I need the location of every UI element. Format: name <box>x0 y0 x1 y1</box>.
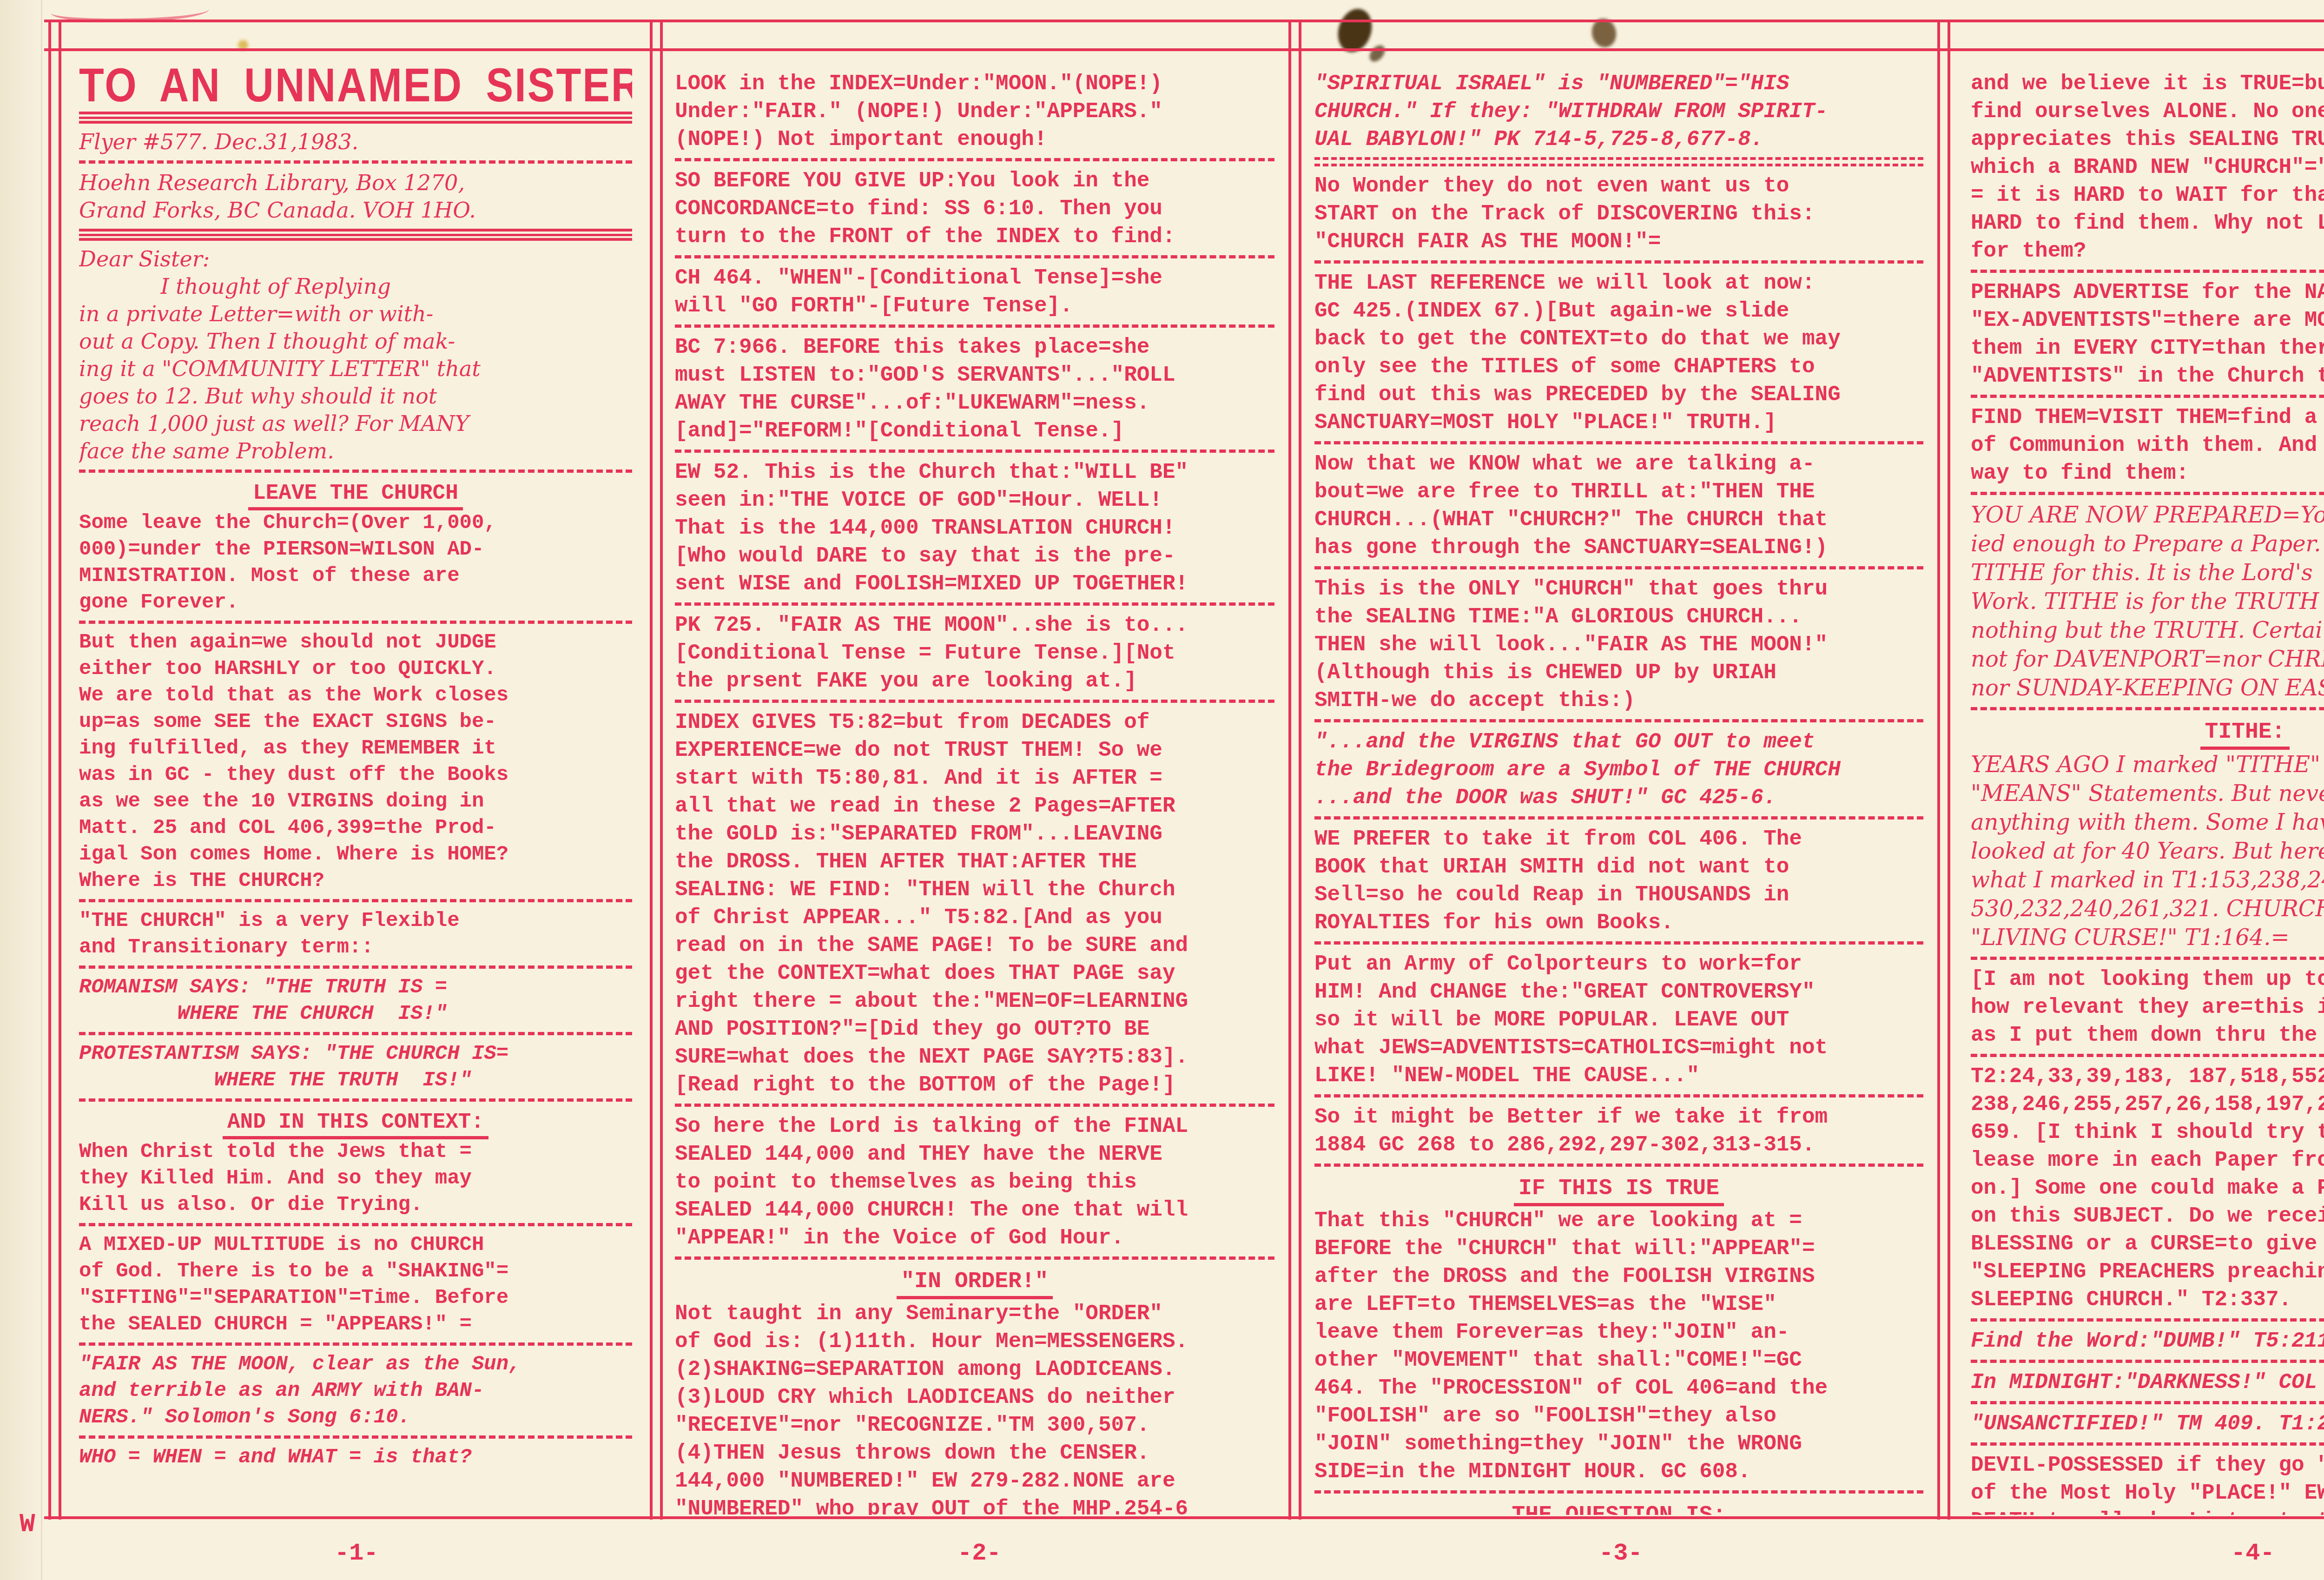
dashed-separator <box>1971 1442 2324 1446</box>
dashed-separator <box>1314 1094 1923 1097</box>
page-number: -1- <box>335 1540 378 1567</box>
dashed-separator <box>79 621 632 624</box>
dashed-separator <box>1971 270 2324 273</box>
typed-paragraph: WE PREFER to take it from COL 406. The B… <box>1314 825 1923 937</box>
dashed-separator <box>1971 957 2324 960</box>
dashed-separator <box>675 602 1274 606</box>
typed-paragraph: "FAIR AS THE MOON, clear as the Sun, and… <box>79 1351 632 1431</box>
typed-paragraph: PERHAPS ADVERTISE for the NAMES of "EX-A… <box>1971 278 2324 390</box>
typed-paragraph: PROTESTANTISM SAYS: "THE CHURCH IS= WHER… <box>79 1041 632 1094</box>
dashed-separator <box>79 1435 632 1439</box>
section-heading-text: LEAVE THE CHURCH <box>248 481 463 510</box>
section-heading: LEAVE THE CHURCH <box>79 478 632 508</box>
column-4-flow: and we believe it is TRUE=but we find ou… <box>1971 70 2324 1515</box>
page-number: -2- <box>957 1540 1001 1567</box>
border-left <box>48 20 61 1520</box>
typed-paragraph: Find the Word:"DUMB!" T5:211. <box>1971 1327 2324 1355</box>
dashed-separator <box>675 158 1274 161</box>
typed-paragraph: WHO = WHEN = and WHAT = is that? <box>79 1444 632 1471</box>
typed-paragraph: No Wonder they do not even want us to ST… <box>1314 172 1923 256</box>
typed-paragraph: "SPIRITUAL ISRAEL" is "NUMBERED"="HIS CH… <box>1314 70 1923 153</box>
scanned-flyer-page: { "colors": {"ink": "#e63456", "paper": … <box>0 0 2324 1580</box>
column-divider <box>650 20 663 1520</box>
handscript-paragraph: Dear Sister: <box>79 245 632 273</box>
dashed-separator <box>675 1256 1274 1260</box>
typed-paragraph: Put an Army of Colporteurs to work=for H… <box>1314 950 1923 1090</box>
dashed-separator <box>1314 1490 1923 1494</box>
typed-paragraph: Not taught in any Seminary=the "ORDER" o… <box>675 1300 1274 1515</box>
typed-paragraph: ROMANISM SAYS: "THE TRUTH IS = WHERE THE… <box>79 974 632 1027</box>
page-number: -3- <box>1599 1540 1643 1567</box>
typed-paragraph: INDEX GIVES T5:82=but from DECADES of EX… <box>675 708 1274 1099</box>
typed-paragraph: BC 7:966. BEFORE this takes place=she mu… <box>675 333 1274 445</box>
typed-paragraph: A MIXED-UP MULTITUDE is no CHURCH of God… <box>79 1232 632 1338</box>
dashed-separator <box>79 1342 632 1346</box>
page-number: -4- <box>2231 1540 2275 1567</box>
dashed-separator <box>675 255 1274 258</box>
page-title: TO AN UNNAMED SISTER. <box>79 56 632 115</box>
dashed-separator <box>1314 566 1923 569</box>
dashed-separator <box>1314 816 1923 820</box>
dashed-separator <box>1314 260 1923 264</box>
dashed-separator <box>1971 492 2324 495</box>
column-4: and we believe it is TRUE=but we find ou… <box>1971 70 2324 1515</box>
handscript-paragraph: I thought of Replying in a private Lette… <box>79 273 632 465</box>
typed-paragraph: This is the ONLY "CHURCH" that goes thru… <box>1314 575 1923 714</box>
typed-paragraph: "THE CHURCH" is a very Flexible and Tran… <box>79 908 632 961</box>
dashed-separator <box>1971 395 2324 398</box>
section-heading-text: AND IN THIS CONTEXT: <box>223 1110 489 1139</box>
section-heading-text: TITHE: <box>2200 720 2290 750</box>
typed-paragraph: Some leave the Church=(Over 1,000, 000)=… <box>79 510 632 616</box>
dashed-separator <box>675 1104 1274 1107</box>
dashed-separator <box>1314 441 1923 444</box>
dashed-separator <box>79 1223 632 1226</box>
dashed-separator <box>1971 1318 2324 1322</box>
section-heading: IF THIS IS TRUE <box>1314 1172 1923 1205</box>
typed-paragraph: DEVIL-POSSESSED if they go "OUT" of the … <box>1971 1451 2324 1515</box>
typed-paragraph: "...and the VIRGINS that GO OUT to meet … <box>1314 728 1923 812</box>
typed-paragraph: EW 52. This is the Church that:"WILL BE"… <box>675 458 1274 598</box>
typed-paragraph: When Christ told the Jews that = they Ki… <box>79 1139 632 1218</box>
typed-paragraph: That this "CHURCH" we are looking at = B… <box>1314 1207 1923 1486</box>
dashed-separator <box>1971 1401 2324 1404</box>
top-rule-1 <box>44 20 2324 22</box>
dashed-separator <box>1314 941 1923 945</box>
dashed-separator <box>79 1032 632 1035</box>
typed-paragraph: "UNSANCTIFIED!" TM 409. T1:261-2. <box>1971 1410 2324 1438</box>
section-heading: "IN ORDER!" <box>675 1265 1274 1298</box>
handscript-paragraph: YEARS AGO I marked "TITHE" and "MEANS" S… <box>1971 750 2324 952</box>
column-1-flow: Flyer #577. Dec.31,1983.Hoehn Research L… <box>79 112 632 1471</box>
dashed-separator <box>675 700 1274 703</box>
typed-paragraph: Now that we KNOW what we are talking a- … <box>1314 450 1923 562</box>
handscript-paragraph: YOU ARE NOW PREPARED=You have stud- ied … <box>1971 501 2324 702</box>
column-3-flow: "SPIRITUAL ISRAEL" is "NUMBERED"="HIS CH… <box>1314 70 1923 1515</box>
dashed-separator <box>1314 719 1923 722</box>
handscript-paragraph: Hoehn Research Library, Box 1270, Grand … <box>79 169 632 224</box>
typed-paragraph: [I am not looking them up to see how rel… <box>1971 965 2324 1049</box>
column-2: LOOK in the INDEX=Under:"MOON."(NOPE!) U… <box>675 70 1274 1515</box>
typed-paragraph: SO BEFORE YOU GIVE UP:You look in the CO… <box>675 167 1274 251</box>
typed-paragraph: FIND THEM=VISIT THEM=find a Bond of Comm… <box>1971 403 2324 487</box>
horizontal-rule <box>79 229 632 241</box>
dashed-separator <box>79 965 632 969</box>
section-heading-text: THE QUESTION IS: <box>1507 1503 1731 1515</box>
dashed-separator <box>79 899 632 902</box>
dashed-separator <box>1314 1164 1923 1167</box>
typed-paragraph: So here the Lord is talking of the FINAL… <box>675 1112 1274 1252</box>
pen-scribble <box>51 0 209 22</box>
handscript-paragraph: Flyer #577. Dec.31,1983. <box>79 128 632 156</box>
margin-mark: W <box>20 1509 35 1539</box>
dashed-separator <box>1314 157 1923 166</box>
dashed-separator <box>79 469 632 473</box>
typed-paragraph: CH 464. "WHEN"-[Conditional Tense]=she w… <box>675 264 1274 320</box>
typed-paragraph: THE LAST REFERENCE we will look at now: … <box>1314 269 1923 436</box>
dashed-separator <box>1971 707 2324 710</box>
typed-paragraph: and we believe it is TRUE=but we find ou… <box>1971 70 2324 265</box>
ink-stain <box>1367 42 1388 64</box>
dashed-separator <box>79 1098 632 1102</box>
typed-paragraph: LOOK in the INDEX=Under:"MOON."(NOPE!) U… <box>675 70 1274 153</box>
typed-paragraph: But then again=we should not JUDGE eithe… <box>79 629 632 894</box>
column-2-flow: LOOK in the INDEX=Under:"MOON."(NOPE!) U… <box>675 70 1274 1515</box>
column-divider <box>1937 20 1950 1520</box>
column-3: "SPIRITUAL ISRAEL" is "NUMBERED"="HIS CH… <box>1314 70 1923 1515</box>
section-heading: THE QUESTION IS: <box>1314 1499 1923 1515</box>
top-rule-2 <box>44 48 2324 51</box>
section-heading: AND IN THIS CONTEXT: <box>79 1107 632 1137</box>
paper-crease <box>41 0 42 1580</box>
dashed-separator <box>79 160 632 164</box>
section-heading-text: "IN ORDER!" <box>897 1269 1053 1299</box>
dashed-separator <box>1971 1054 2324 1057</box>
paper-edge-left <box>0 0 44 1580</box>
typed-paragraph: T2:24,33,39,183, 187,518,552,212, 238,24… <box>1971 1063 2324 1314</box>
dashed-separator <box>675 450 1274 453</box>
section-heading-text: IF THIS IS TRUE <box>1514 1176 1724 1206</box>
section-heading: TITHE: <box>1971 716 2324 748</box>
column-1: TO AN UNNAMED SISTER. Flyer #577. Dec.31… <box>79 56 632 1515</box>
typed-paragraph: PK 725. "FAIR AS THE MOON"..she is to...… <box>675 611 1274 695</box>
dashed-separator <box>675 324 1274 328</box>
dashed-separator <box>1971 1360 2324 1363</box>
column-divider <box>1288 20 1301 1520</box>
typed-paragraph: So it might be Better if we take it from… <box>1314 1103 1923 1159</box>
typed-paragraph: In MIDNIGHT:"DARKNESS!" COL 406. <box>1971 1368 2324 1396</box>
bottom-rule <box>44 1516 2324 1519</box>
